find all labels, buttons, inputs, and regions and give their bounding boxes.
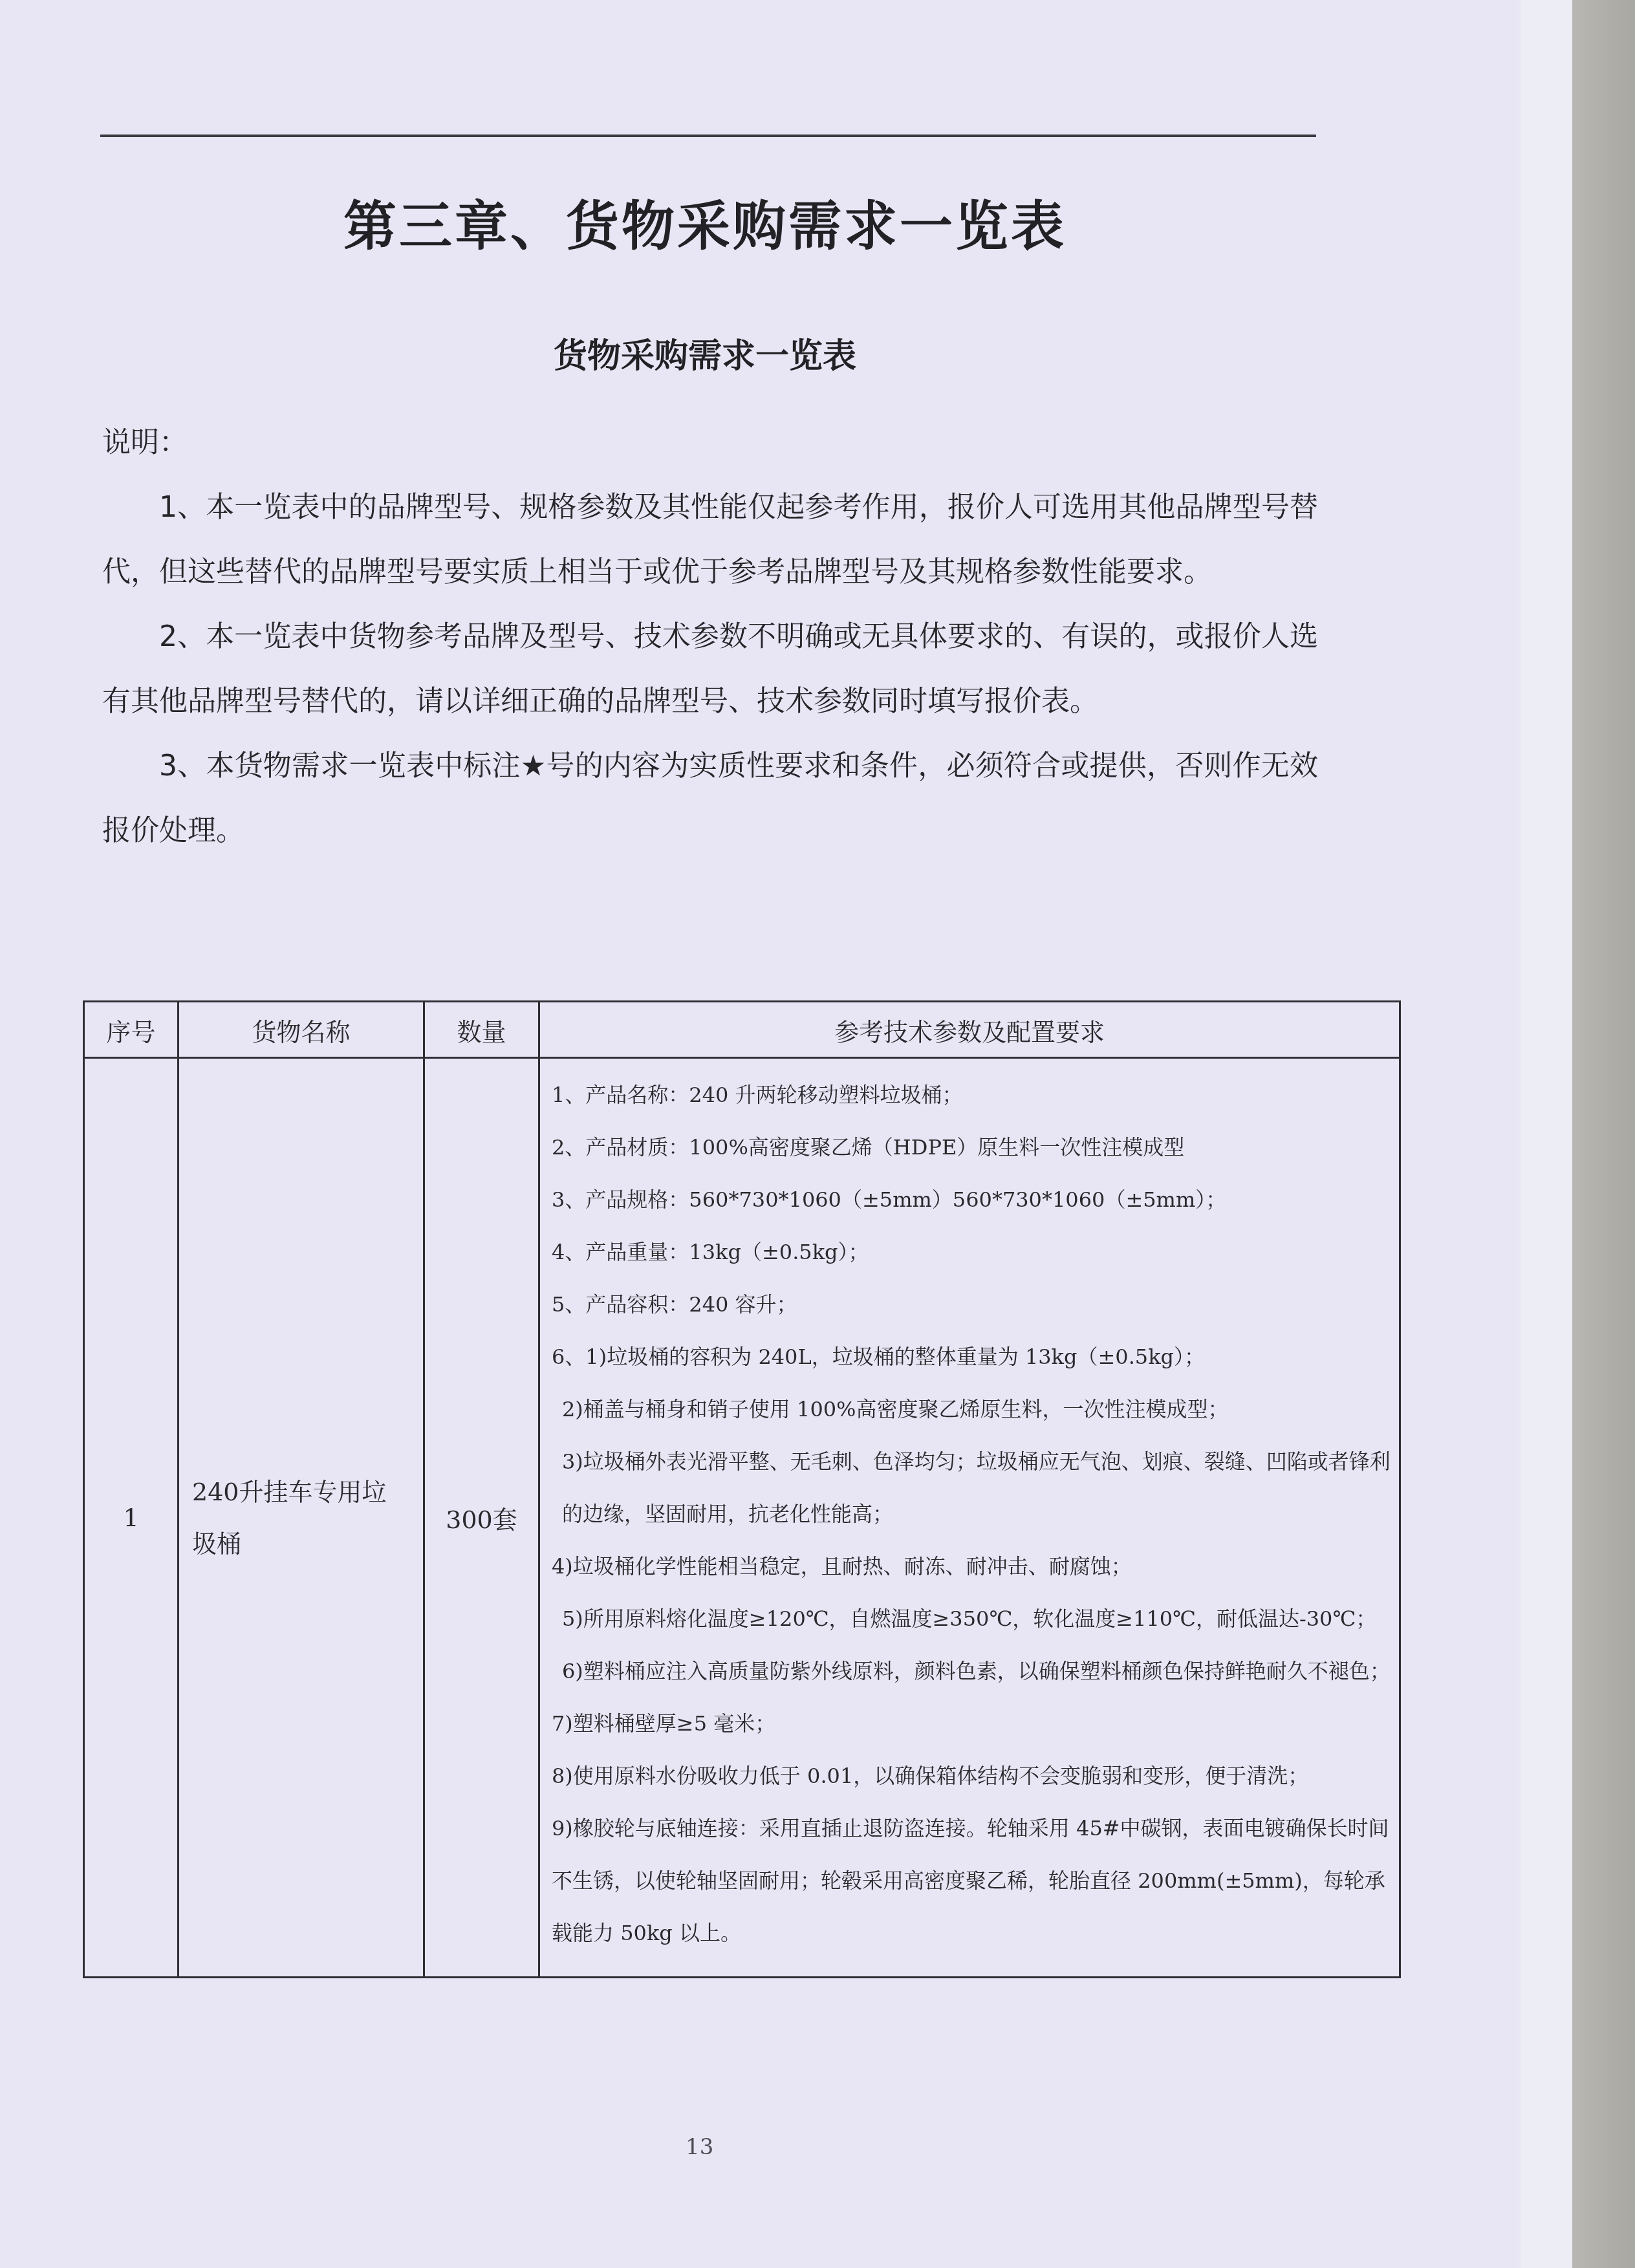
notes-section: 说明： 1、本一览表中的品牌型号、规格参数及其性能仅起参考作用，报价人可选用其他… [102,411,1318,863]
spec-line: 4、产品重量：13kg（±0.5kg）； [552,1226,1392,1279]
note-item: 1、本一览表中的品牌型号、规格参数及其性能仅起参考作用，报价人可选用其他品牌型号… [102,475,1318,605]
spec-line: 8)使用原料水份吸收力低于 0.01，以确保箱体结构不会变脆弱和变形，便于清洗； [552,1750,1392,1802]
document-page: 第三章、货物采购需求一览表 货物采购需求一览表 说明： 1、本一览表中的品牌型号… [0,0,1517,2268]
header-qty: 数量 [424,1002,539,1058]
spec-line: 2)桶盖与桶身和销子使用 100%高密度聚乙烯原生料，一次性注模成型； [552,1383,1392,1436]
table-header-row: 序号 货物名称 数量 参考技术参数及配置要求 [84,1002,1400,1058]
header-rule [100,135,1316,137]
table-row: 1 240升挂车专用垃圾桶 300套 1、产品名称：240 升两轮移动塑料垃圾桶… [84,1058,1400,1978]
spec-line: 1、产品名称：240 升两轮移动塑料垃圾桶； [552,1069,1392,1121]
spec-line: 9)橡胶轮与底轴连接：采用直插止退防盗连接。轮轴采用 45#中碳钢，表面电镀确保… [552,1802,1392,1960]
spec-line: 5)所用原料熔化温度≥120℃，自燃温度≥350℃，软化温度≥110℃，耐低温达… [552,1593,1392,1645]
page-number: 13 [686,2134,713,2160]
spec-line: 3)垃圾桶外表光滑平整、无毛刺、色泽均匀；垃圾桶应无气泡、划痕、裂缝、凹陷或者锋… [552,1436,1392,1540]
table-title: 货物采购需求一览表 [0,329,1410,377]
spec-line: 3、产品规格：560*730*1060（±5mm）560*730*1060（±5… [552,1174,1392,1226]
cell-qty: 300套 [424,1058,539,1978]
requirements-table: 序号 货物名称 数量 参考技术参数及配置要求 1 240升挂车专用垃圾桶 300… [83,1000,1401,1978]
header-seq: 序号 [84,1002,179,1058]
spec-line: 5、产品容积：240 容升； [552,1279,1392,1331]
notes-label: 说明： [102,411,1318,475]
header-name: 货物名称 [179,1002,424,1058]
cell-name: 240升挂车专用垃圾桶 [179,1058,424,1978]
note-item: 3、本货物需求一览表中标注★号的内容为实质性要求和条件，必须符合或提供，否则作无… [102,734,1318,863]
spec-line: 7)塑料桶壁厚≥5 毫米； [552,1698,1392,1750]
note-item: 2、本一览表中货物参考品牌及型号、技术参数不明确或无具体要求的、有误的，或报价人… [102,605,1318,734]
spec-line: 6)塑料桶应注入高质量防紫外线原料，颜料色素，以确保塑料桶颜色保持鲜艳耐久不褪色… [552,1645,1392,1698]
cell-spec: 1、产品名称：240 升两轮移动塑料垃圾桶； 2、产品材质：100%高密度聚乙烯… [539,1058,1400,1978]
chapter-title: 第三章、货物采购需求一览表 [0,184,1410,260]
header-spec: 参考技术参数及配置要求 [539,1002,1400,1058]
spec-line: 6、1)垃圾桶的容积为 240L，垃圾桶的整体重量为 13kg（±0.5kg）； [552,1331,1392,1383]
spec-line: 2、产品材质：100%高密度聚乙烯（HDPE）原生料一次性注模成型 [552,1121,1392,1174]
spec-line: 4)垃圾桶化学性能相当稳定，且耐热、耐冻、耐冲击、耐腐蚀； [552,1540,1392,1593]
cell-seq: 1 [84,1058,179,1978]
